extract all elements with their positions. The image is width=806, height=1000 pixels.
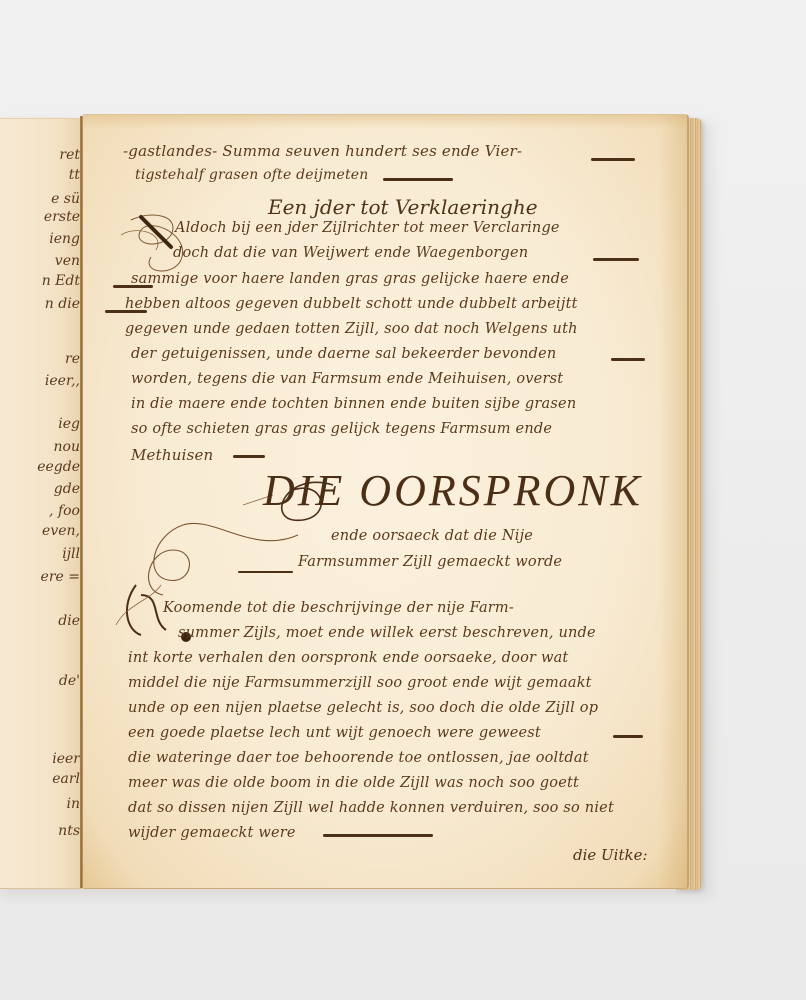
left-page-text-fragment: de' [59, 673, 80, 689]
left-page-text-fragment: earl [52, 771, 80, 787]
text-line: der getuigenissen, unde daerne sal bekee… [131, 346, 556, 362]
line-filler-dash [233, 455, 265, 458]
text-line: die wateringe daer toe behoorende toe on… [128, 750, 589, 766]
left-page-text-fragment: ret [59, 147, 80, 163]
left-page-text-fragment: n Edt [42, 273, 80, 289]
text-line: middel die nije Farmsummerzijll soo groo… [128, 675, 592, 691]
line-filler-dash [593, 258, 639, 261]
left-page-text-fragment: even, [42, 523, 80, 539]
line-filler-dash [611, 358, 645, 361]
left-page-text-fragment: eegde [37, 459, 80, 475]
left-page-text-fragment: e sü [51, 191, 80, 207]
right-page: -gastlandes- Summa seuven hundert ses en… [83, 114, 689, 889]
left-page-text-fragment: tt [69, 167, 80, 183]
text-line: summer Zijls, moet ende willek eerst bes… [178, 625, 596, 641]
text-line: Methuisen [131, 446, 213, 464]
left-page-text-fragment: ere = [41, 569, 80, 585]
line-filler-dash [323, 834, 433, 837]
text-line: Koomende tot die beschrijvinge der nije … [163, 600, 514, 616]
left-page-text-fragment: n die [45, 296, 80, 312]
left-page-text-fragment: re [65, 351, 80, 367]
left-page-text-fragment: ieg [58, 416, 80, 432]
text-line: unde op een nijen plaetse gelecht is, so… [128, 700, 598, 716]
left-page-text-fragment: erste [44, 209, 80, 225]
aged-edge-right [659, 115, 687, 888]
left-page-text-fragment: gde [54, 481, 80, 497]
text-line: meer was die olde boom in die olde Zijll… [128, 775, 579, 791]
line-filler-dash [238, 571, 293, 573]
left-page-text-fragment: in [67, 796, 81, 812]
text-line: in die maere ende tochten binnen ende bu… [131, 396, 576, 412]
left-page-text-fragment: , foo [49, 503, 80, 519]
text-line: so ofte schieten gras gras gelijck tegen… [131, 421, 552, 437]
text-line: worden, tegens die van Farmsum ende Meih… [131, 371, 563, 387]
text-line: wijder gemaeckt were [128, 825, 296, 841]
left-page: rettte süersteiengvenn Edtn diereieer,,i… [0, 118, 82, 889]
line-filler-dash [613, 735, 643, 738]
text-line: gegeven unde gedaen totten Zijll, soo da… [125, 321, 578, 337]
line-filler-dash [383, 178, 453, 181]
text-line: een goede plaetse lech unt wijt genoech … [128, 725, 541, 741]
text-line: int korte verhalen den oorspronk ende oo… [128, 650, 568, 666]
text-line: Aldoch bij een jder Zijlrichter tot meer… [175, 220, 560, 236]
text-line: dat so dissen nijen Zijll wel hadde konn… [128, 800, 614, 816]
section-heading: Een jder tot Verklaeringhe [268, 195, 538, 219]
left-page-text-fragment: die [58, 613, 80, 629]
left-page-text-fragment: ven [55, 253, 80, 269]
left-page-text-fragment: ieer,, [45, 373, 80, 389]
left-page-text-fragment: nou [54, 439, 80, 455]
text-line: hebben altoos gegeven dubbelt schott und… [125, 296, 578, 312]
text-line: tigstehalf grasen ofte deijmeten [135, 167, 369, 183]
book-gutter [80, 116, 83, 888]
left-page-text-fragment: ijll [62, 546, 80, 562]
left-page-text-fragment: nts [58, 823, 80, 839]
section-title: DIE OORSPRONK [263, 465, 643, 516]
left-page-text-fragment: ieer [52, 751, 80, 767]
line-filler-dash [591, 158, 635, 161]
text-line: doch dat die van Weijwert ende Waegenbor… [173, 245, 528, 261]
catchword: die Uitke: [573, 846, 648, 864]
text-line: -gastlandes- Summa seuven hundert ses en… [123, 142, 522, 160]
aged-edge-top [83, 115, 687, 129]
subtitle-line: ende oorsaeck dat die Nije [331, 528, 533, 544]
text-line: sammige voor haere landen gras gras geli… [131, 271, 569, 287]
subtitle-line: Farmsummer Zijll gemaeckt worde [298, 554, 562, 570]
left-page-text-fragment: ieng [49, 231, 80, 247]
photo-scene: rettte süersteiengvenn Edtn diereieer,,i… [0, 0, 806, 1000]
